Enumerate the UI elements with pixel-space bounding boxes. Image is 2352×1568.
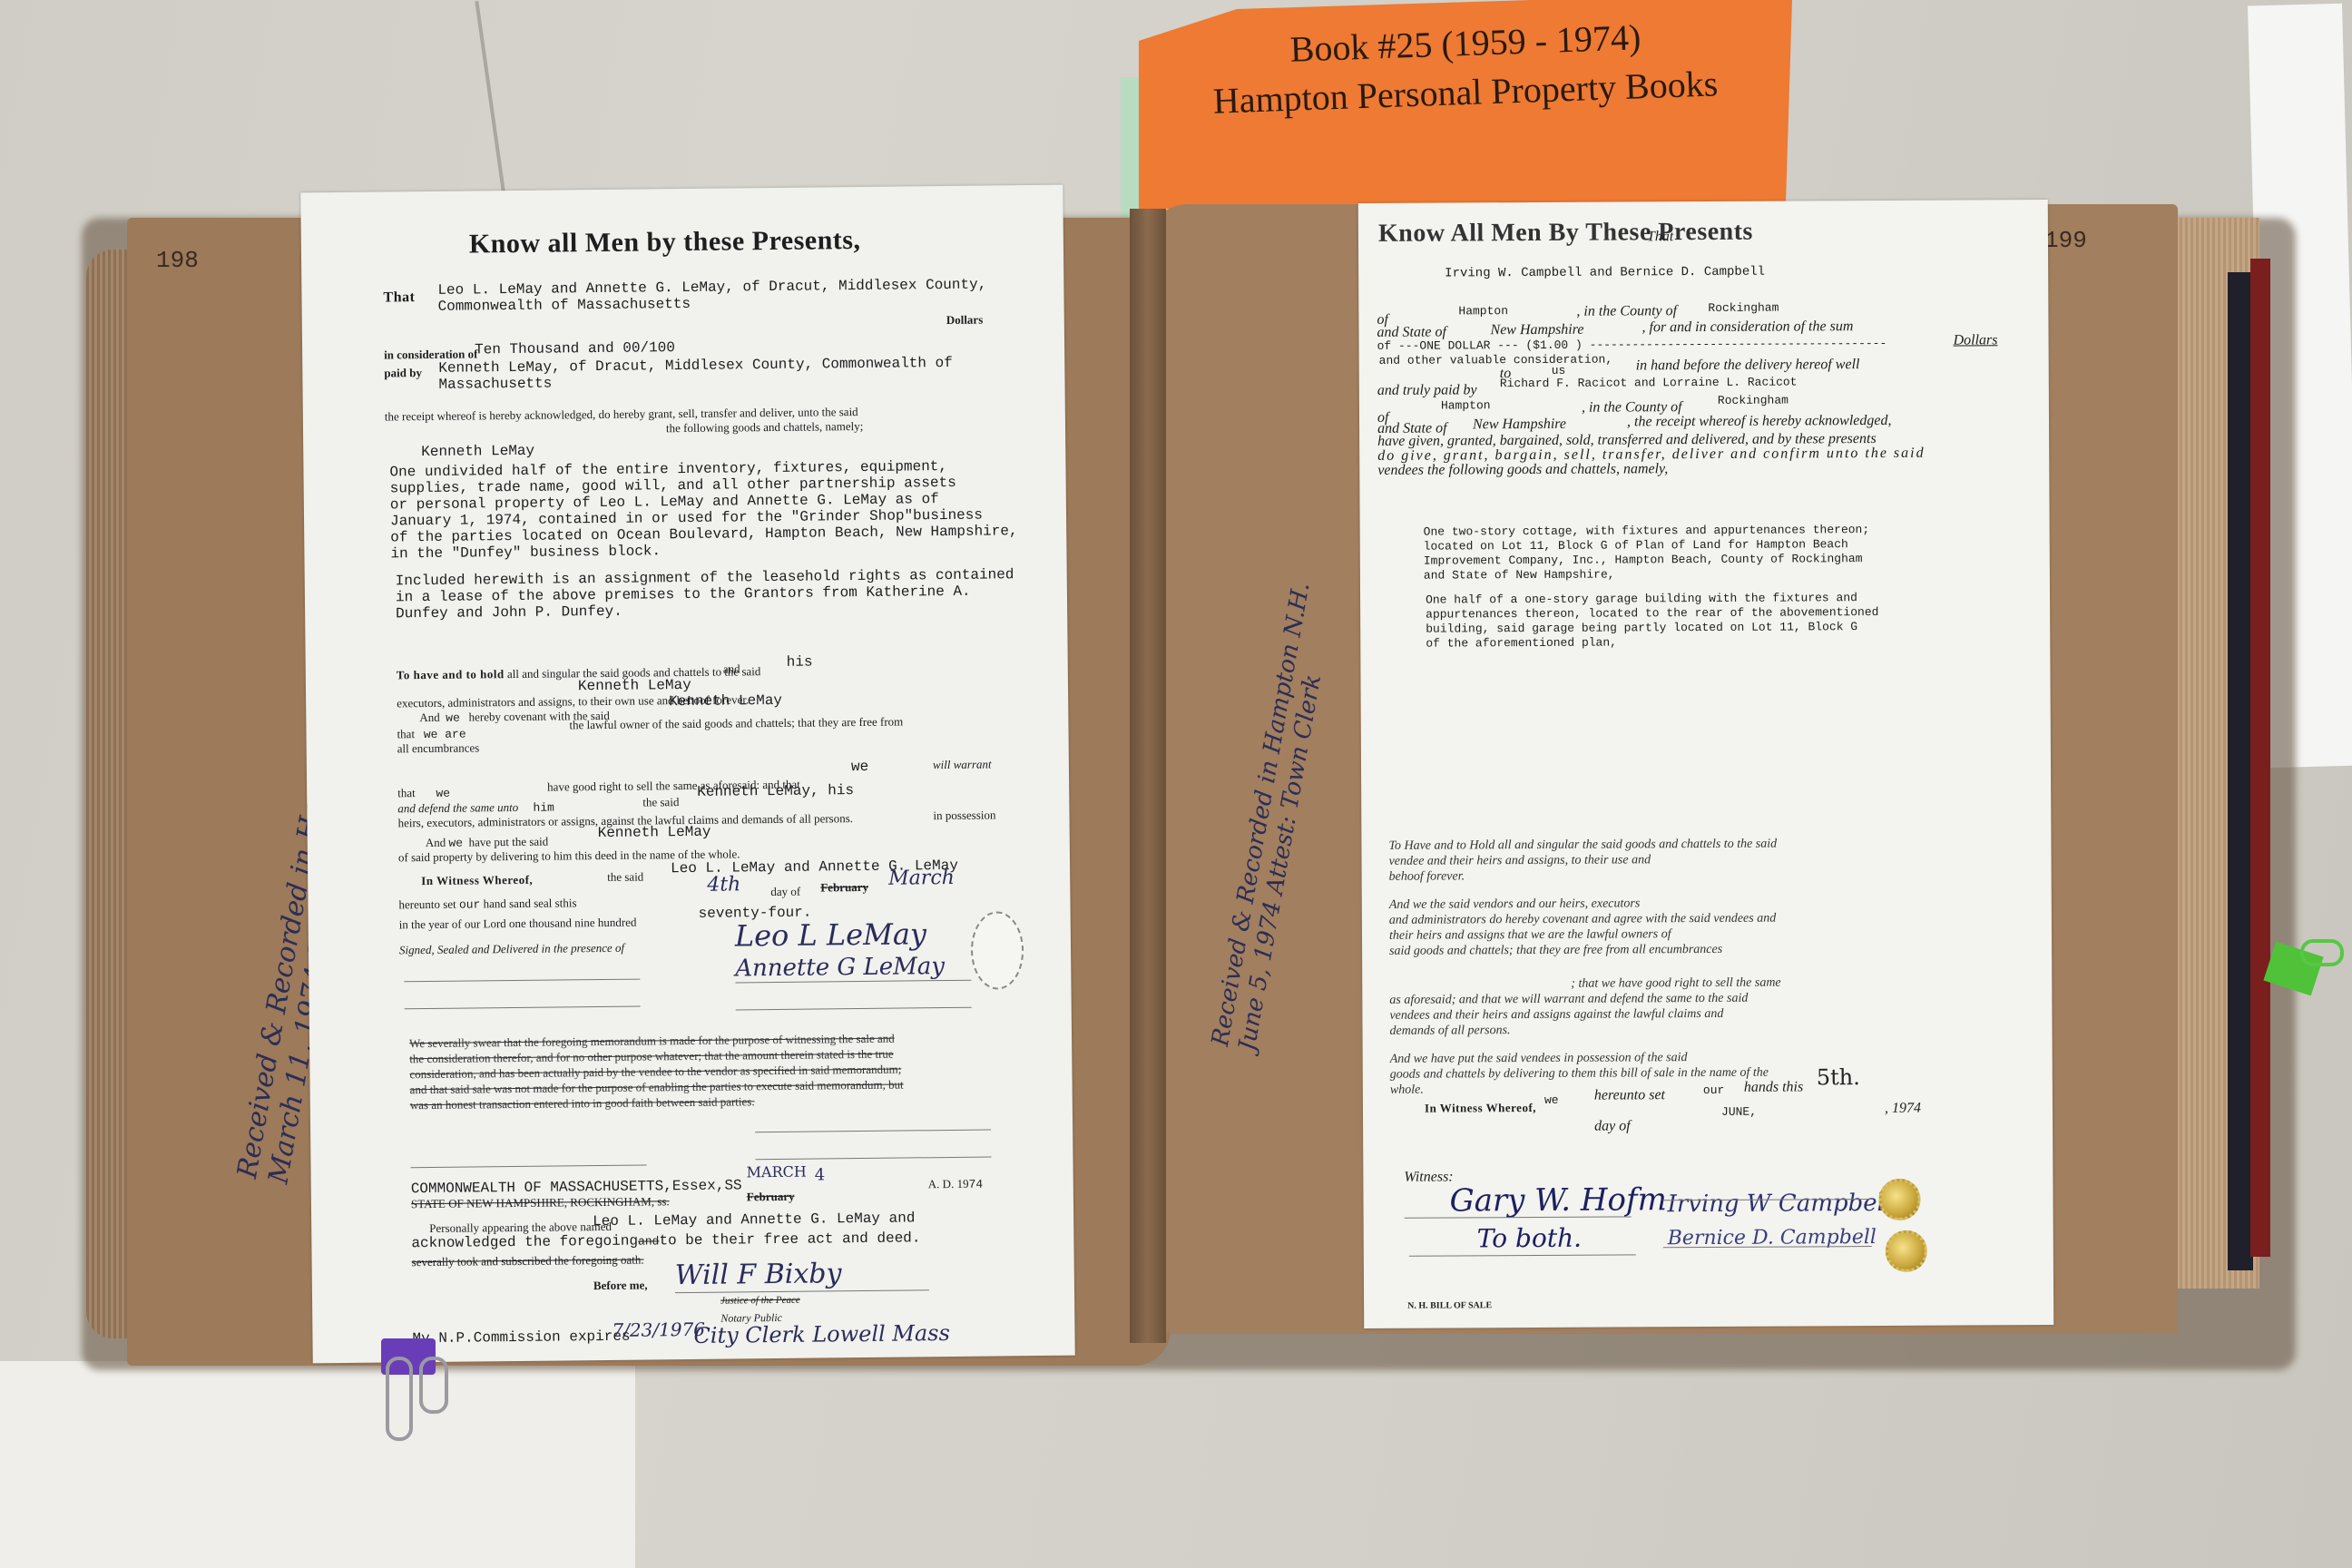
signature-leo: Leo L LeMay [735, 916, 927, 953]
binder-clip-handle [2300, 939, 2344, 966]
goods-description-cottage: One two-story cottage, with fixtures and… [1424, 523, 1870, 583]
binder-clip-handle [386, 1357, 413, 1441]
book-cover-red [2250, 259, 2270, 1257]
leasehold-clause: Included herewith is an assignment of th… [396, 566, 1014, 622]
book-label-tag: Book #25 (1959 - 1974) Hampton Personal … [1139, 0, 1792, 209]
grantees: Richard F. Racicot and Lorraine L. Racic… [1500, 375, 1798, 390]
witness-signature: Gary W. Hofm [1449, 1181, 1666, 1219]
form-footer: N. H. BILL OF SALE [1407, 1300, 1492, 1310]
commonwealth-line: COMMONWEALTH OF MASSACHUSETTS,Essex,SS [411, 1177, 742, 1197]
binder-clip-handle [419, 1357, 448, 1414]
left-doc-heading: Know all Men by these Presents, [469, 225, 861, 260]
signature-annette: Annette G LeMay [735, 953, 945, 982]
book-cover-edge [2228, 272, 2253, 1270]
book-gutter [1130, 209, 1166, 1343]
right-bill-of-sale: Know All Men By These Presents That Irvi… [1358, 200, 2053, 1328]
notary-signature: Will F Bixby [675, 1258, 842, 1291]
grantee: Kenneth LeMay [421, 443, 534, 460]
loose-paper-sheet-bottom [0, 1361, 635, 1568]
consideration-amount: Ten Thousand and 00/100 [475, 339, 675, 358]
sum-line: of ---ONE DOLLAR --- ($1.00 ) ----------… [1377, 337, 1887, 353]
signature-irving: Irving W Campbell [1667, 1190, 1892, 1218]
gold-seal [1886, 1230, 1927, 1272]
page-number-right: 199 [2044, 227, 2087, 254]
payer: Kenneth LeMay, of Dracut, Middlesex Coun… [438, 355, 953, 377]
grantors: Irving W. Campbell and Bernice D. Campbe… [1445, 265, 1765, 281]
right-doc-heading: Know All Men By These Presents [1378, 218, 1753, 249]
struck-oath-clause: We severally swear that the foregoing me… [409, 1031, 904, 1113]
goods-description-garage: One half of a one-story garage building … [1426, 591, 1879, 652]
grantors: Leo L. LeMay and Annette G. LeMay, of Dr… [437, 277, 986, 299]
habendum-clause: To Have and to Hold all and singular the… [1388, 837, 1781, 1098]
left-bill-of-sale: Know all Men by these Presents, That Leo… [300, 185, 1074, 1364]
blank-seal [971, 911, 1024, 990]
page-number-left: 198 [156, 247, 199, 274]
goods-description: One undivided half of the entire invento… [389, 457, 1017, 562]
gold-seal [1878, 1179, 1920, 1220]
